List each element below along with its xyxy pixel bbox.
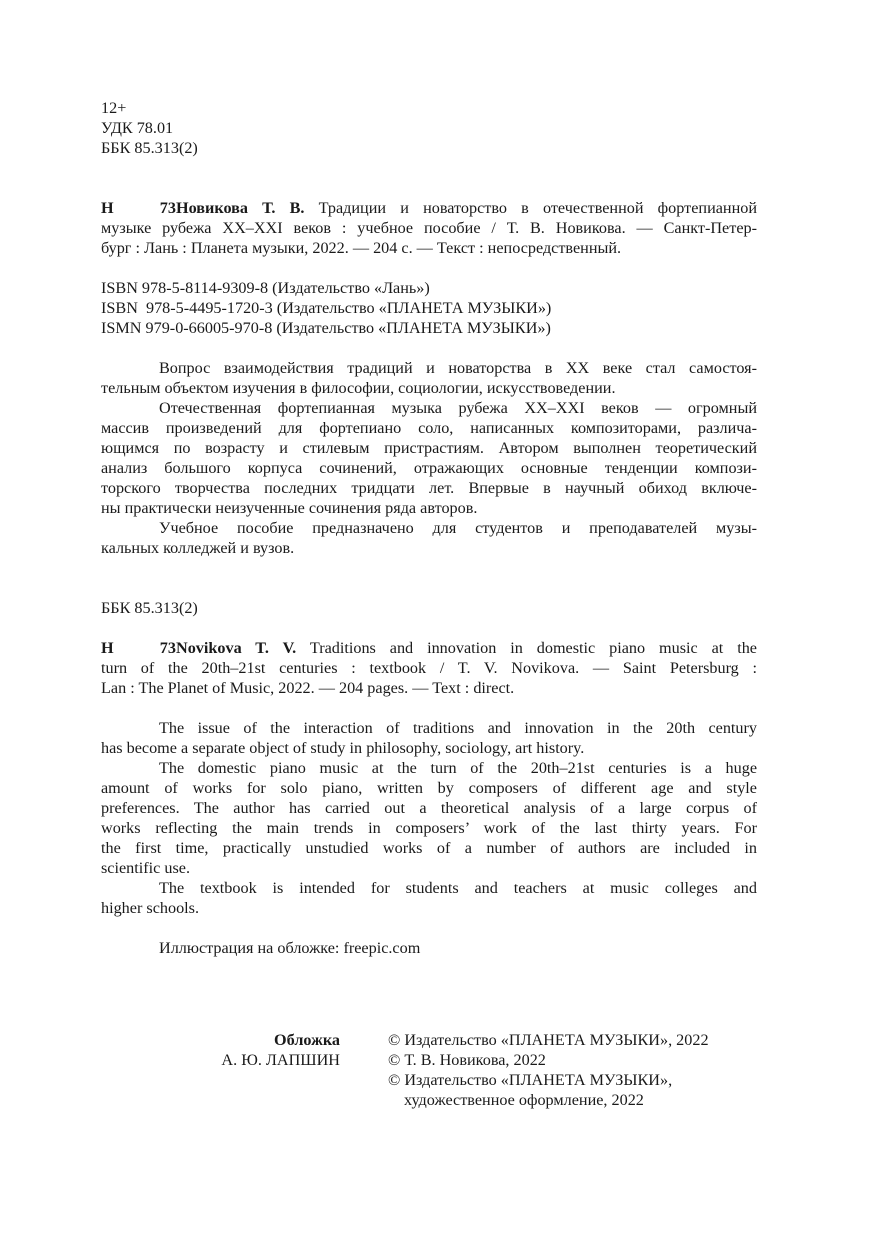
- abstract-line: preferences. The author has carried out …: [101, 798, 757, 818]
- copyright-line: © Издательство «ПЛАНЕТА МУЗЫКИ», 2022: [388, 1030, 758, 1050]
- abstract-line: ны практически неизученные сочинения ряд…: [101, 498, 757, 518]
- en-abstract: The issue of the interaction of traditio…: [101, 718, 757, 918]
- author-mark: Н 73: [101, 638, 176, 658]
- abstract-line: ющимся по возрасту и стилевым пристрасти…: [101, 438, 757, 458]
- isbn-line: ISBN 978-5-8114-9309-8 (Издательство «Ла…: [101, 278, 757, 298]
- cover-credit: Обложка А. Ю. ЛАПШИН: [150, 1030, 340, 1070]
- isbn-list: ISBN 978-5-8114-9309-8 (Издательство «Ла…: [101, 278, 757, 338]
- illustration-credit: Иллюстрация на обложке: freepic.com: [101, 938, 757, 958]
- abstract-line: Отечественная фортепианная музыка рубежа…: [101, 398, 757, 418]
- abstract-line: The textbook is intended for students an…: [101, 878, 757, 898]
- ru-abstract: Вопрос взаимодействия традиций и новатор…: [101, 358, 757, 558]
- record-line: музыке рубежа XX–XXI веков : учебное пос…: [101, 218, 757, 238]
- abstract-line: works reflecting the main trends in comp…: [101, 818, 757, 838]
- bbk-code: ББК 85.313(2): [101, 138, 757, 158]
- abstract-line: has become a separate object of study in…: [101, 738, 757, 758]
- record-line: Традиции и новаторство в отечественной ф…: [319, 199, 757, 217]
- isbn-line: ISBN 978-5-4495-1720-3 (Издательство «ПЛ…: [101, 298, 757, 318]
- ismn-line: ISMN 979-0-66005-970-8 (Издательство «ПЛ…: [101, 318, 757, 338]
- cover-designer: А. Ю. ЛАПШИН: [150, 1050, 340, 1070]
- abstract-line: the first time, practically unstudied wo…: [101, 838, 757, 858]
- abstract-line: amount of works for solo piano, written …: [101, 778, 757, 798]
- record-line: бург : Лань : Планета музыки, 2022. — 20…: [101, 238, 757, 258]
- author-name: Новикова Т. В.: [176, 199, 304, 217]
- ru-bibliographic-record: Н 73Новикова Т. В. Традиции и новаторств…: [101, 198, 757, 258]
- abstract-line: анализ большого корпуса сочинений, отраж…: [101, 458, 757, 478]
- abstract-line: кальных колледжей и вузов.: [101, 538, 757, 558]
- copyright-block: © Издательство «ПЛАНЕТА МУЗЫКИ», 2022 © …: [388, 1030, 758, 1110]
- copyright-line: © Издательство «ПЛАНЕТА МУЗЫКИ»,: [388, 1070, 758, 1090]
- author-mark: Н 73: [101, 198, 176, 218]
- author-name: Novikova T. V.: [176, 639, 296, 657]
- abstract-line: массив произведений для фортепиано соло,…: [101, 418, 757, 438]
- abstract-line: торского творчества последних тридцати л…: [101, 478, 757, 498]
- illustration-credit-block: Иллюстрация на обложке: freepic.com: [101, 938, 757, 958]
- age-rating: 12+: [101, 98, 757, 118]
- udk-code: УДК 78.01: [101, 118, 757, 138]
- copyright-line: © Т. В. Новикова, 2022: [388, 1050, 758, 1070]
- copyright-line: художественное оформление, 2022: [388, 1090, 758, 1110]
- abstract-line: тельным объектом изучения в философии, с…: [101, 378, 757, 398]
- abstract-line: The issue of the interaction of traditio…: [101, 718, 757, 738]
- abstract-line: Вопрос взаимодействия традиций и новатор…: [101, 358, 757, 378]
- classification-header: 12+ УДК 78.01 ББК 85.313(2): [101, 98, 757, 158]
- bbk-code: ББК 85.313(2): [101, 598, 757, 618]
- abstract-line: The domestic piano music at the turn of …: [101, 758, 757, 778]
- abstract-line: scientific use.: [101, 858, 757, 878]
- en-bbk: ББК 85.313(2): [101, 598, 757, 618]
- record-line: Traditions and innovation in domestic pi…: [310, 639, 757, 657]
- abstract-line: Учебное пособие предназначено для студен…: [101, 518, 757, 538]
- cover-label: Обложка: [150, 1030, 340, 1050]
- record-line: Lan : The Planet of Music, 2022. — 204 p…: [101, 678, 757, 698]
- record-line: turn of the 20th–21st centuries : textbo…: [101, 658, 757, 678]
- abstract-line: higher schools.: [101, 898, 757, 918]
- en-bibliographic-record: Н 73Novikova T. V. Traditions and innova…: [101, 638, 757, 698]
